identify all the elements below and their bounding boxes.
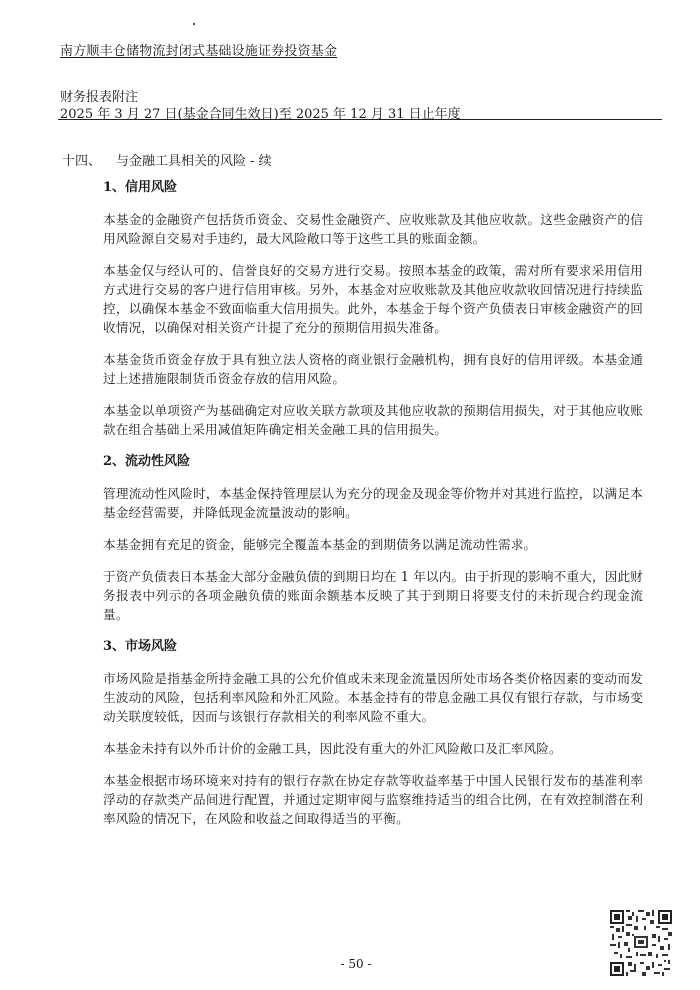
page-number: - 50 -	[0, 957, 700, 971]
paragraph: 本基金货币资金存放于具有独立法人资格的商业银行金融机构，拥有良好的信用评级。本基…	[103, 350, 643, 388]
subsection-heading: 2、流动性风险	[103, 452, 643, 471]
subsection-liquidity-risk: 2、流动性风险 管理流动性风险时，本基金保持管理层认为充分的现金及现金等价物并对…	[103, 452, 643, 624]
paragraph: 本基金拥有充足的资金，能够完全覆盖本基金的到期债务以满足流动性需求。	[103, 535, 643, 554]
document-page: 南方顺丰仓储物流封闭式基础设施证券投资基金 财务报表附注 2025 年 3 月 …	[0, 0, 700, 990]
paragraph: 管理流动性风险时，本基金保持管理层认为充分的现金及现金等价物并对其进行监控，以满…	[103, 484, 643, 522]
paragraph: 本基金根据市场环境来对持有的银行存款在协定存款等收益率基于中国人民银行发布的基准…	[103, 771, 643, 828]
subsection-heading: 1、信用风险	[103, 178, 643, 197]
paragraph: 于资产负债表日本基金大部分金融负债的到期日均在 1 年以内。由于折现的影响不重大…	[103, 567, 643, 624]
section-heading: 十四、 与金融工具相关的风险 - 续	[62, 150, 272, 169]
scan-speck	[193, 23, 195, 25]
header-rule	[58, 119, 662, 120]
subsection-credit-risk: 1、信用风险 本基金的金融资产包括货币资金、交易性金融资产、应收账款及其他应收款…	[103, 178, 643, 439]
paragraph: 本基金未持有以外币计价的金融工具，因此没有重大的外汇风险敞口及汇率风险。	[103, 739, 643, 758]
paragraph: 本基金以单项资产为基础确定对应收关联方款项及其他应收款的预期信用损失，对于其他应…	[103, 401, 643, 439]
section-content: 1、信用风险 本基金的金融资产包括货币资金、交易性金融资产、应收账款及其他应收款…	[103, 178, 643, 841]
subsection-market-risk: 3、市场风险 市场风险是指基金所持金融工具的公允价值或未来现金流量因所处市场各类…	[103, 637, 643, 828]
subsection-heading: 3、市场风险	[103, 637, 643, 656]
paragraph: 市场风险是指基金所持金融工具的公允价值或未来现金流量因所处市场各类价格因素的变动…	[103, 669, 643, 726]
section-title: 与金融工具相关的风险 - 续	[116, 150, 272, 169]
fund-name-header: 南方顺丰仓储物流封闭式基础设施证券投资基金	[60, 40, 337, 59]
section-number: 十四、	[62, 150, 102, 169]
paragraph: 本基金的金融资产包括货币资金、交易性金融资产、应收账款及其他应收款。这些金融资产…	[103, 210, 643, 248]
paragraph: 本基金仅与经认可的、信誉良好的交易方进行交易。按照本基金的政策，需对所有要求采用…	[103, 261, 643, 337]
qr-code-icon	[610, 910, 672, 976]
